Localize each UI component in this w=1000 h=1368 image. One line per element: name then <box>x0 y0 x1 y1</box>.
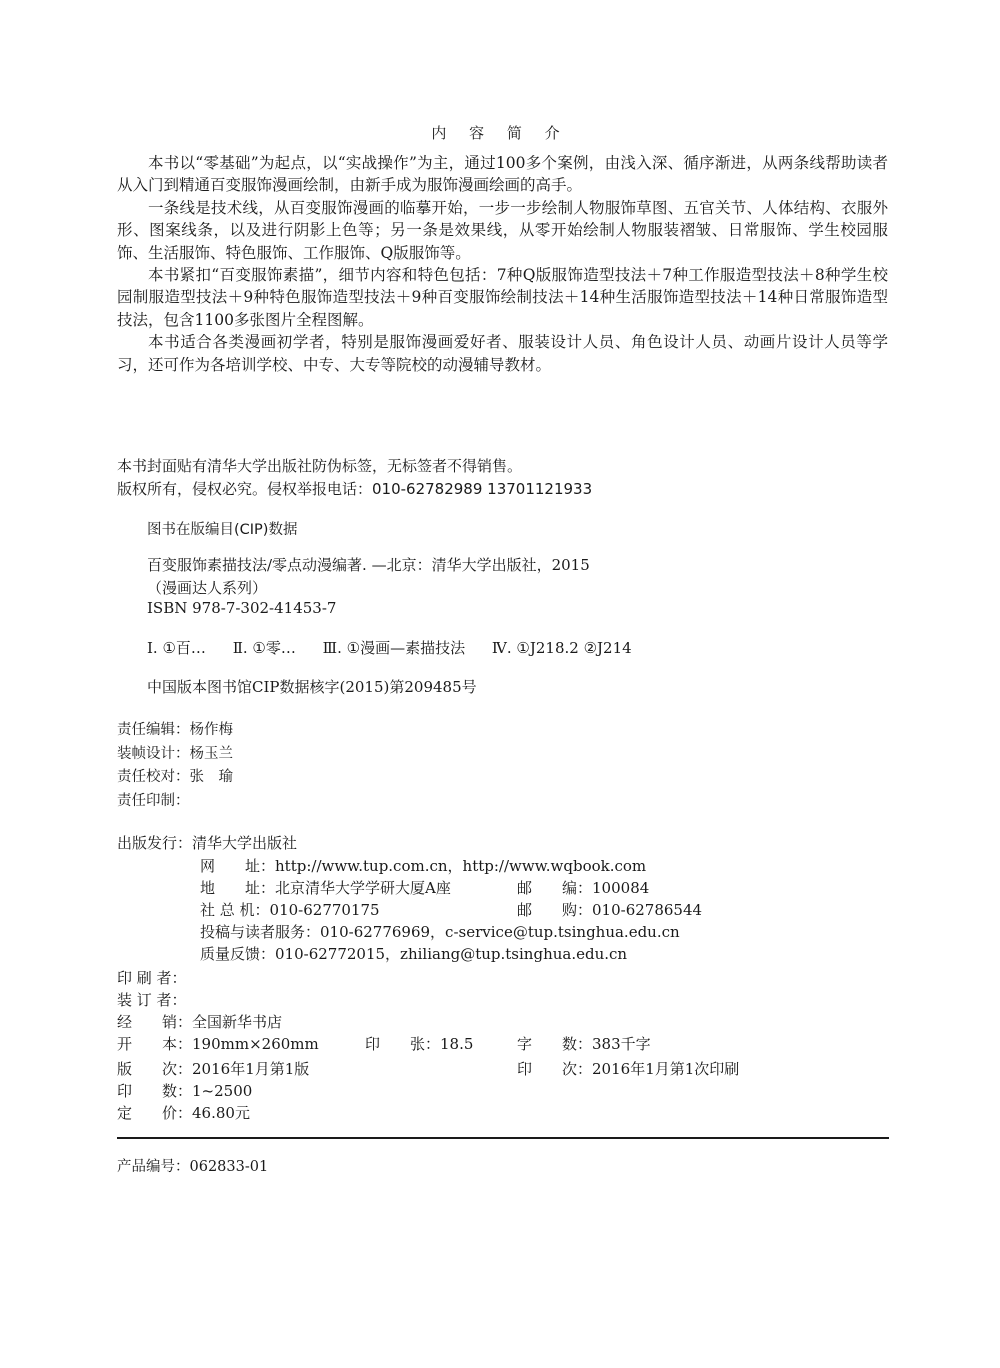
page-title: 内 容 简 介 <box>0 122 1000 143</box>
quality-label: 质量反馈： <box>200 945 275 963</box>
cip-class-item: Ⅳ. ①J218.2 ②J214 <box>492 639 632 657</box>
mailorder-label: 邮 购： <box>517 901 592 919</box>
switchboard-value: 010-62770175 <box>270 901 380 919</box>
cip-class-item: Ⅲ. ①漫画—素描技法 <box>323 639 465 657</box>
price-label: 定 价： <box>117 1104 192 1122</box>
sheets-line: 印 张：18.5 <box>365 1033 473 1054</box>
address-value: 北京清华大学学研大厦A座 <box>275 879 451 897</box>
publisher-name: 清华大学出版社 <box>192 834 297 852</box>
printer-line: 印 刷 者： <box>117 967 187 988</box>
price-line: 定 价：46.80元 <box>117 1102 250 1123</box>
print-run-line: 印 数：1~2500 <box>117 1080 252 1101</box>
address-label: 地 址： <box>200 879 275 897</box>
distributor-label: 经 销： <box>117 1013 192 1031</box>
publisher-label: 出版发行： <box>117 834 192 852</box>
cip-record: 中国版本图书馆CIP数据核字(2015)第209485号 <box>147 676 477 697</box>
copyright-notice: 版权所有，侵权必究。侵权举报电话：010-62782989 1370112193… <box>117 478 592 499</box>
format-line: 开 本：190mm×260mm <box>117 1033 319 1054</box>
synopsis: 本书以“零基础”为起点，以“实战操作”为主，通过100多个案例，由浅入深、循序渐… <box>117 152 888 376</box>
publisher-mailorder: 邮 购：010-62786544 <box>517 899 702 920</box>
credit-label: 装帧设计： <box>117 746 190 762</box>
impression-label: 印 次： <box>517 1060 592 1078</box>
word-count-line: 字 数：383千字 <box>517 1033 651 1054</box>
publisher-postcode: 邮 编：100084 <box>517 877 649 898</box>
edition-value: 2016年1月第1版 <box>192 1060 309 1078</box>
edition-label: 版 次： <box>117 1060 192 1078</box>
synopsis-paragraph: 本书紧扣“百变服饰素描”，细节内容和特色包括：7种Q版服饰造型技法＋7种工作服造… <box>117 264 888 331</box>
publisher-switchboard: 社 总 机：010-62770175 <box>200 899 380 920</box>
website-value: http://www.tup.com.cn，http://www.wqbook.… <box>275 857 646 875</box>
synopsis-paragraph: 一条线是技术线，从百变服饰漫画的临摹开始，一步一步绘制人物服饰草图、五官关节、人… <box>117 197 888 264</box>
synopsis-paragraph: 本书适合各类漫画初学者，特别是服饰漫画爱好者、服装设计人员、角色设计人员、动画片… <box>117 331 888 376</box>
synopsis-paragraph: 本书以“零基础”为起点，以“实战操作”为主，通过100多个案例，由浅入深、循序渐… <box>117 152 888 197</box>
run-label: 印 数： <box>117 1082 192 1100</box>
words-label: 字 数： <box>517 1035 592 1053</box>
credit-label: 责任校对： <box>117 769 190 785</box>
service-value: 010-62776969，c-service@tup.tsinghua.edu.… <box>320 923 680 941</box>
credit-label: 责任编辑： <box>117 722 190 738</box>
printer-label: 印 刷 者： <box>117 969 187 987</box>
run-value: 1~2500 <box>192 1082 252 1100</box>
cip-series: （漫画达人系列） <box>147 577 267 598</box>
sheets-value: 18.5 <box>440 1035 473 1053</box>
publisher-website: 网 址：http://www.tup.com.cn，http://www.wqb… <box>200 855 646 876</box>
website-label: 网 址： <box>200 857 275 875</box>
publisher-address: 地 址：北京清华大学学研大厦A座 <box>200 877 451 898</box>
cip-classification: Ⅰ. ①百… Ⅱ. ①零… Ⅲ. ①漫画—素描技法 Ⅳ. ①J218.2 ②J2… <box>147 637 654 658</box>
credit-editor: 责任编辑：杨作梅 <box>117 718 233 739</box>
credit-designer: 装帧设计：杨玉兰 <box>117 742 233 763</box>
price-value: 46.80元 <box>192 1104 250 1122</box>
publisher-line: 出版发行：清华大学出版社 <box>117 832 297 853</box>
postcode-label: 邮 编： <box>517 879 592 897</box>
sheets-label: 印 张： <box>365 1035 440 1053</box>
format-value: 190mm×260mm <box>192 1035 319 1053</box>
publisher-reader-service: 投稿与读者服务：010-62776969，c-service@tup.tsing… <box>200 921 680 942</box>
quality-value: 010-62772015，zhiliang@tup.tsinghua.edu.c… <box>275 945 627 963</box>
impression-value: 2016年1月第1次印刷 <box>592 1060 739 1078</box>
edition-line: 版 次：2016年1月第1版 <box>117 1058 309 1079</box>
cip-heading: 图书在版编目(CIP)数据 <box>147 518 297 539</box>
mailorder-value: 010-62786544 <box>592 901 702 919</box>
credit-value: 张 瑜 <box>190 769 234 785</box>
credit-print-manager: 责任印制： <box>117 789 190 810</box>
distributor-value: 全国新华书店 <box>192 1013 282 1031</box>
impression-line: 印 次：2016年1月第1次印刷 <box>517 1058 739 1079</box>
binder-line: 装 订 者： <box>117 989 187 1010</box>
binder-label: 装 订 者： <box>117 991 187 1009</box>
service-label: 投稿与读者服务： <box>200 923 320 941</box>
credit-value: 杨玉兰 <box>190 746 234 762</box>
words-value: 383千字 <box>592 1035 651 1053</box>
cip-class-item: Ⅱ. ①零… <box>233 639 296 657</box>
cip-class-item: Ⅰ. ①百… <box>147 639 206 657</box>
switchboard-label: 社 总 机： <box>200 901 270 919</box>
cip-title-line: 百变服饰素描技法/零点动漫编著. —北京：清华大学出版社，2015 <box>147 554 590 575</box>
anti-counterfeit-notice: 本书封面贴有清华大学出版社防伪标签，无标签者不得销售。 <box>117 455 522 476</box>
publisher-quality-feedback: 质量反馈：010-62772015，zhiliang@tup.tsinghua.… <box>200 943 627 964</box>
credit-value: 杨作梅 <box>190 722 234 738</box>
credit-proofreader: 责任校对：张 瑜 <box>117 765 233 786</box>
credit-label: 责任印制： <box>117 793 190 809</box>
product-code: 产品编号：062833-01 <box>117 1155 268 1176</box>
divider <box>117 1137 889 1139</box>
format-label: 开 本： <box>117 1035 192 1053</box>
distributor-line: 经 销：全国新华书店 <box>117 1011 282 1032</box>
postcode-value: 100084 <box>592 879 649 897</box>
cip-isbn: ISBN 978-7-302-41453-7 <box>147 599 336 617</box>
